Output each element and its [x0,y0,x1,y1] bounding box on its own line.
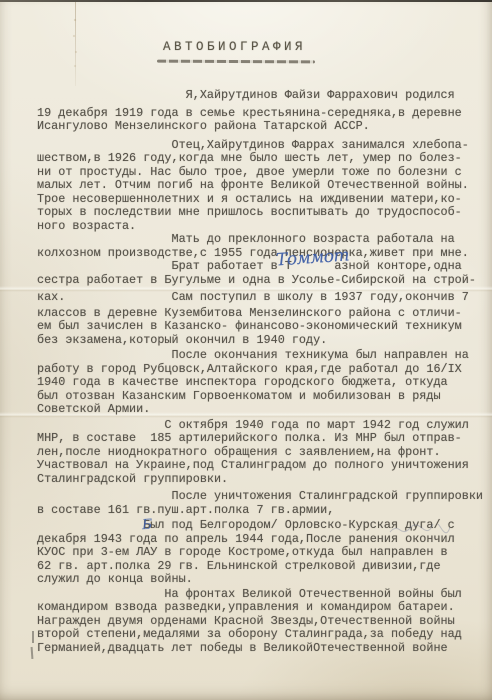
typed-line: в составе 161 гв.пуш.арт.полка 7 гв.арми… [37,504,487,518]
typed-line: работу в город Рубцовск,Алтайского края,… [37,363,487,377]
typed-line: 1940 года в качестве инспектора городско… [37,376,487,390]
typed-line: С октября 1940 года по март 1942 год слу… [37,419,487,433]
typed-line: Сталинградской группировки. [37,473,487,487]
typed-line: ем был зачислен в Казанско- финансово-эк… [37,320,487,334]
typed-line: КУОС при 3-ем ЛАУ в городе Костроме,отку… [37,546,487,560]
typed-line: колхозном производстве,с 1955 года пенси… [37,247,487,261]
typed-line: Награжден двумя орденами Красной Звезды,… [37,615,487,629]
typed-line: Советской Армии. [37,403,487,417]
typed-line: ках. Сам поступил в школу в 1937 году,ок… [37,291,487,305]
margin-tick [32,631,34,643]
pencil-scribble-annotation [388,523,452,541]
typed-line: шеством,в 1926 году,когда мне было шесть… [37,152,487,166]
typed-line: Германией,двадцать лет победы в ВеликойО… [37,642,487,656]
page-title: АВТОБИОГРАФИЯ [163,40,306,54]
typed-line: служил до конца войны. [37,573,487,587]
typed-line: Мать до преклонного возраста работала на [37,233,487,247]
photo-top-edge [0,0,492,2]
paper-stain-dots [71,14,79,74]
typed-line: Участвовал на Украине,под Сталинградом д… [37,459,487,473]
typed-line: был отозван Казанским Горвоенкоматом и м… [37,390,487,404]
typed-line: сестра работает в Бугульме и одна в Усол… [37,274,487,288]
typed-line: Трое несовершеннолетних и я остались на … [37,193,487,207]
typed-line: командиром взвода разведки,управления и … [37,601,487,615]
handwritten-letter-annotation: Б [142,517,153,534]
typed-line: После уничтожения Сталинградской группир… [37,490,487,504]
typed-line: На фронтах Великой Отечественной войны б… [37,588,487,602]
typed-line: лен,после ниоднократного обращения с зая… [37,446,487,460]
document-photo: АВТОБИОГРАФИЯ Я,Хайрутдинов Файзи Фаррах… [0,0,492,700]
typed-line: 62 гв. арт.полка 29 гв. Ельнинской стрел… [37,560,487,574]
typed-line: 19 декабря 1919 года в семье крестьянина… [37,107,487,121]
typed-line: Брат работает в Т азной конторе,одна [37,260,487,274]
typed-line: Исангулово Мензелинского района Татарско… [37,120,487,134]
typed-line: МНР, в составе 185 артилерийского полка.… [37,432,487,446]
typed-body: Я,Хайрутдинов Файзи Фаррахович родился19… [37,89,487,655]
typed-line: малых лет. Отчим погиб на фронте Великой… [37,179,487,193]
typed-line: второй степени,медалями за оборону Стали… [37,628,487,642]
typed-line: ного возраста. [37,220,487,234]
typed-line: без экзамена,который окончил в 1940 году… [37,334,487,348]
typed-line: Отец,Хайрутдинов Фаррах занимался хлебоп… [37,139,487,153]
typed-line: ни от простуды. Нас было трое, двое умер… [37,166,487,180]
typed-line: Я,Хайрутдинов Файзи Фаррахович родился [37,89,487,103]
typed-line: После окончания техникума был направлен … [37,349,487,363]
typed-line: торых в последствии мне пришлось воспиты… [37,206,487,220]
typed-line: классов в деревне Кузембитова Мензелинск… [37,307,487,321]
